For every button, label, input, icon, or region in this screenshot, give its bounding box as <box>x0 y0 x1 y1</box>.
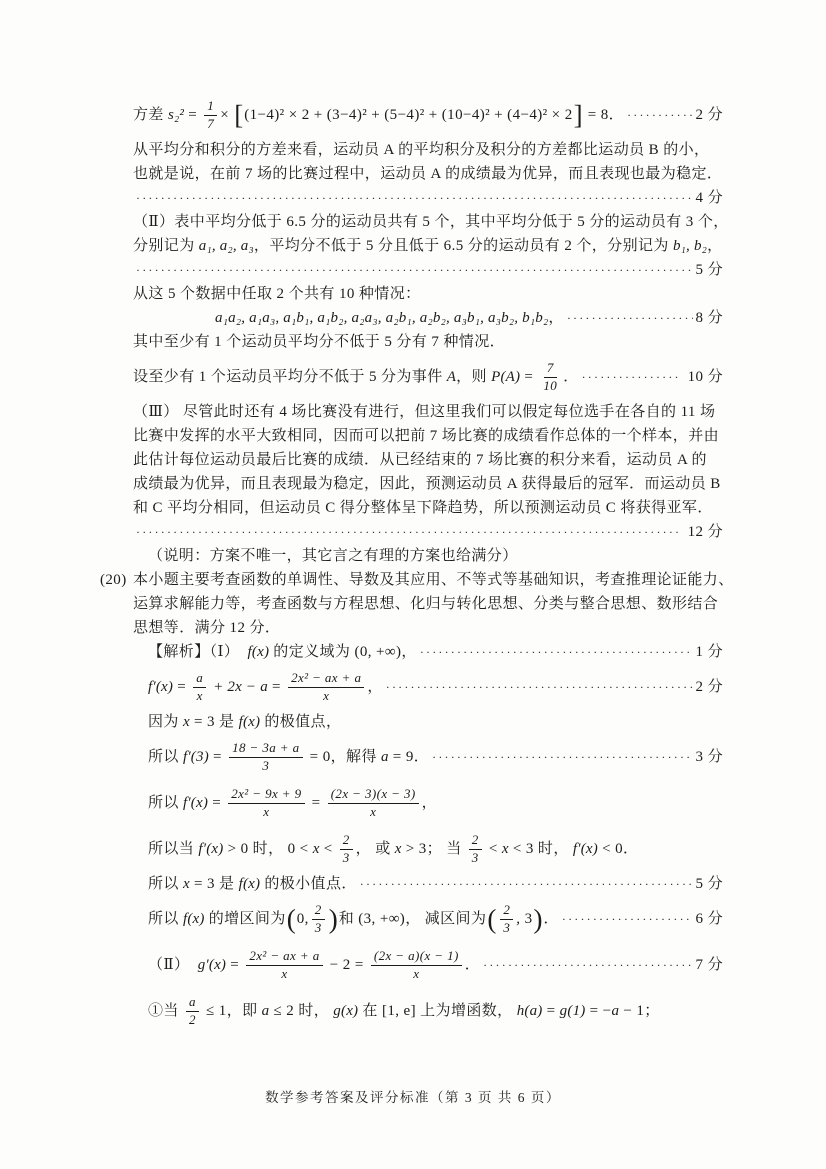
text-run: ． <box>465 956 480 974</box>
fraction-denominator: 3 <box>500 920 513 936</box>
math-expression: f′(3) <box>183 748 209 766</box>
fraction-denominator: 3 <box>340 850 353 866</box>
math-expression: f′(x) <box>573 840 598 858</box>
dotted-leader: ········································… <box>136 191 693 205</box>
text-run: = 9． <box>389 748 429 766</box>
text-run: ， <box>367 678 382 696</box>
line-q20-intro-1: (20)本小题主要考查函数的单调性、导数及其应用、不等式等基础知识，考查推理论证… <box>133 568 723 592</box>
text-run: 从这 5 个数据中任取 2 个共有 10 种情况： <box>133 285 421 303</box>
text-run: 2 分 <box>696 106 723 124</box>
text-run: 所以 <box>148 910 183 928</box>
text-run: = <box>268 678 285 696</box>
line-q20-case1: ①当 a2 ≤ 1，即 a ≤ 2 时， g(x) 在 [1, e] 上为增函数… <box>133 988 723 1034</box>
fraction: 23 <box>500 902 513 936</box>
math-expression: x <box>395 840 402 858</box>
fraction: a2 <box>186 994 199 1028</box>
text-run: 从平均分和积分的方差来看，运动员 A 的平均积分及积分的方差都比运动员 B 的小… <box>133 141 709 159</box>
text-run: 在 [1, e] 上为增函数， <box>358 1002 516 1020</box>
text-run: 1 分 <box>696 643 723 661</box>
text-run: ， <box>548 309 563 327</box>
text-run: = 0，解得 <box>306 748 381 766</box>
fraction: 23 <box>469 832 482 866</box>
line-q20-intro-2: 运算求解能力等，考查函数与方程思想、化归与转化思想、分类与整合思想、数形结合 <box>133 592 723 616</box>
dotted-leader: ········································… <box>386 680 693 694</box>
dotted-leader: ········································… <box>136 525 680 539</box>
line-q20-intervals: 所以 f(x) 的增区间为(0,23)和 (3, +∞)， 减区间为(23, 3… <box>133 896 723 942</box>
text-run: 设至少有 1 个运动员平均分不低于 5 分为事件 <box>133 368 447 386</box>
text-run: × <box>220 106 233 124</box>
page-footer: 数学参考答案及评分标准（第 3 页 共 6 页） <box>0 1086 826 1106</box>
line-part3-3: 此估计每位运动员最后比赛的成绩．从已经结束的 7 场比赛的积分来看，运动员 A … <box>133 448 723 472</box>
text-run: ①当 <box>148 1002 183 1020</box>
line-note: （说明：方案不唯一，其它言之有理的方案也给满分） <box>133 544 723 568</box>
text-run: 2 分 <box>696 678 723 696</box>
text-run: 6 分 <box>696 910 723 928</box>
text-run: 成绩最为优异，而且表现最为稳定，因此，预测运动员 A 获得最后的冠军．而运动员 … <box>133 475 721 493</box>
text-run: = <box>208 794 225 812</box>
text-run: ≤ 1，即 <box>202 1002 262 1020</box>
dotted-leader: ········································… <box>562 912 693 926</box>
text-run: < <box>320 840 337 858</box>
line-variance-formula: 方差 s₂² = 17× [(1−4)² × 2 + (3−4)² + (5−4… <box>133 92 723 138</box>
math-expression: g(1) <box>560 1002 586 1020</box>
text-run: 方差 <box>133 106 168 124</box>
text-run: 运算求解能力等，考查函数与方程思想、化归与转化思想、分类与整合思想、数形结合 <box>133 595 718 613</box>
dotted-leader: ········································… <box>136 263 693 277</box>
text-run: （Ⅱ）表中平均分低于 6.5 分的运动员共有 5 个，其中平均分低于 5 分的运… <box>133 213 729 231</box>
text-run: − 1； <box>619 1002 659 1020</box>
math-expression: a₁a₂, a₁a₃, a₁b₁, a₁b₂, a₂a₃, a₂b₁, a₂b₂… <box>215 309 548 327</box>
fraction-denominator: 10 <box>540 378 560 394</box>
text-run: ， <box>707 237 722 255</box>
text-run: ≤ 2 时， <box>269 1002 333 1020</box>
dotted-leader: ········································… <box>360 877 693 891</box>
math-expression: h(a) <box>517 1002 543 1020</box>
text-run: = − <box>585 1002 611 1020</box>
fraction-numerator: 2x² − 9x + 9 <box>228 786 304 803</box>
text-run: （说明：方案不唯一，其它言之有理的方案也给满分） <box>148 547 518 565</box>
line-part3-2: 比赛中发挥的水平大致相同，因而可以把前 7 场比赛的成绩看作总体的一个样本，并由 <box>133 424 723 448</box>
text-run: 4 分 <box>696 189 723 207</box>
line-q20-derivative: f′(x) = ax + 2x − a = 2x² − ax + ax，····… <box>133 664 723 710</box>
text-run: ． <box>563 368 578 386</box>
fraction-numerator: (2x − a)(x − 1) <box>371 948 462 965</box>
item-number: (20) <box>100 571 133 589</box>
dotted-leader: ········································… <box>483 958 692 972</box>
text-run: 12 分 <box>683 523 723 541</box>
line-analysis-2: 也就是说，在前 7 场的比赛过程中，运动员 A 的成绩最为优异，而且表现也最为稳… <box>133 162 723 186</box>
text-run: < 0． <box>598 840 638 858</box>
math-expression: g′(x) <box>198 956 226 974</box>
math-expression: a <box>612 1002 620 1020</box>
fraction-denominator: x <box>278 966 290 982</box>
fraction-numerator: a <box>186 994 199 1011</box>
line-q20-min-point: 所以 x = 3 是 f(x) 的极小值点．··················… <box>133 872 723 896</box>
text-run: (1−4)² × 2 + (3−4)² + (5−4)² + (10−4)² +… <box>244 106 572 124</box>
text-run: 和 C 平均分相同，但运动员 C 得分整体呈下降趋势，所以预测运动员 C 将获得… <box>133 499 713 517</box>
line-q20-sign: 所以当 f′(x) > 0 时， 0 < x < 23， 或 x > 3； 当 … <box>133 826 723 872</box>
fraction-denominator: x <box>410 966 422 982</box>
text-run: = <box>184 106 201 124</box>
text-run: > 0 时， 0 < <box>223 840 312 858</box>
math-expression: P(A) <box>491 368 520 386</box>
big-paren-glyph: ( <box>487 908 496 931</box>
math-expression: b₁, b₂ <box>673 237 707 255</box>
fraction: 2x² − ax + ax <box>288 670 364 704</box>
fraction-denominator: 3 <box>259 758 272 774</box>
math-expression: f′(x) <box>183 794 208 812</box>
fraction-numerator: 2x² − ax + a <box>288 670 364 687</box>
big-paren-glyph: [ <box>234 104 243 127</box>
fraction: 23 <box>312 902 325 936</box>
line-score-5: ········································… <box>133 258 723 282</box>
fraction: 710 <box>540 360 560 394</box>
footer-text: 数学参考答案及评分标准（第 3 页 共 6 页） <box>265 1090 561 1105</box>
math-expression: f′(x) <box>198 840 223 858</box>
fraction-denominator: 3 <box>312 920 325 936</box>
fraction-numerator: 2 <box>340 832 353 849</box>
text-run: 和 (3, +∞)， 减区间为 <box>339 910 487 928</box>
line-q20-solve-a: 所以 f′(3) = 18 − 3a + a3 = 0，解得 a = 9．···… <box>133 734 723 780</box>
text-run: 的定义域为 (0, +∞)， <box>269 643 417 661</box>
line-part2-cases: 从这 5 个数据中任取 2 个共有 10 种情况： <box>133 282 723 306</box>
big-paren-glyph: ) <box>329 908 338 931</box>
text-run: = <box>209 748 226 766</box>
text-run: = 8． <box>584 106 624 124</box>
dotted-leader: ········································… <box>567 311 693 325</box>
math-expression: f(x) <box>248 643 270 661</box>
fraction: 17 <box>204 98 217 132</box>
text-run: 的极值点， <box>260 713 341 731</box>
line-part3-1: （Ⅲ） 尽管此时还有 4 场比赛没有进行，但这里我们可以假定每位选手在各自的 1… <box>133 400 723 424</box>
line-q20-domain: 【解析】（Ⅰ） f(x) 的定义域为 (0, +∞)，·············… <box>133 640 723 664</box>
line-probability: 设至少有 1 个运动员平均分不低于 5 分为事件 A，则 P(A) = 710．… <box>133 354 723 400</box>
text-run: 10 分 <box>683 368 723 386</box>
text-run: > 3； 当 <box>402 840 466 858</box>
text-run: − 2 = <box>326 956 368 974</box>
line-part2-count: 其中至少有 1 个运动员平均分不低于 5 分有 7 种情况． <box>133 330 723 354</box>
line-part2-intro-2: 分别记为 a₁, a₂, a₃，平均分不低于 5 分且低于 6.5 分的运动员有… <box>133 234 723 258</box>
fraction-denominator: 3 <box>469 850 482 866</box>
math-expression: f′(x) <box>148 678 173 696</box>
text-run: 5 分 <box>696 875 723 893</box>
fraction-denominator: x <box>320 688 332 704</box>
fraction-denominator: x <box>260 804 272 820</box>
line-part3-4: 成绩最为优异，而且表现最为稳定，因此，预测运动员 A 获得最后的冠军．而运动员 … <box>133 472 723 496</box>
line-score-12: ········································… <box>133 520 723 544</box>
text-run: , 3 <box>516 910 532 928</box>
math-expression: x <box>183 713 190 731</box>
dotted-leader: ········································… <box>627 108 692 122</box>
fraction: 23 <box>340 832 353 866</box>
text-run: ． <box>543 910 558 928</box>
text-run: 所以 <box>148 875 183 893</box>
text-run: 3 分 <box>696 748 723 766</box>
fraction-numerator: 2 <box>312 902 325 919</box>
document-body: 方差 s₂² = 17× [(1−4)² × 2 + (3−4)² + (5−4… <box>133 92 723 1034</box>
fraction: 18 − 3a + a3 <box>229 740 302 774</box>
text-run: = 3 是 <box>190 713 239 731</box>
line-q20-intro-3: 思想等．满分 12 分． <box>133 616 723 640</box>
text-run: 的增区间为 <box>205 910 286 928</box>
math-expression: f(x) <box>239 875 261 893</box>
text-run: = <box>226 956 243 974</box>
math-expression: x <box>313 840 320 858</box>
text-run: 0, <box>297 910 309 928</box>
math-expression: g(x) <box>333 1002 358 1020</box>
math-expression: a <box>381 748 389 766</box>
fraction-numerator: a <box>193 670 206 687</box>
line-q20-extreme-point: 因为 x = 3 是 f(x) 的极值点， <box>133 710 723 734</box>
fraction-numerator: 2 <box>469 832 482 849</box>
text-run: < <box>485 840 502 858</box>
text-run: ， <box>422 794 437 812</box>
exam-answer-page: 方差 s₂² = 17× [(1−4)² × 2 + (3−4)² + (5−4… <box>0 0 826 1169</box>
text-run: （Ⅱ） <box>148 956 198 974</box>
text-run: 7 分 <box>696 956 723 974</box>
fraction-numerator: 2 <box>500 902 513 919</box>
text-run: = <box>173 678 190 696</box>
math-expression: s₂² <box>168 106 184 124</box>
math-expression: a₁, a₂, a₃ <box>199 237 254 255</box>
text-run: ， 或 <box>356 840 395 858</box>
math-expression: f(x) <box>183 910 205 928</box>
fraction-numerator: 7 <box>544 360 557 377</box>
text-run: 所以 <box>148 748 183 766</box>
text-run: = <box>543 1002 560 1020</box>
fraction: (2x − a)(x − 1)x <box>371 948 462 982</box>
line-combinations: a₁a₂, a₁a₃, a₁b₁, a₁b₂, a₂a₃, a₂b₁, a₂b₂… <box>133 306 723 330</box>
fraction-numerator: 2x² − ax + a <box>246 948 322 965</box>
fraction-numerator: (2x − 3)(x − 3) <box>328 786 419 803</box>
big-paren-glyph: ) <box>533 908 542 931</box>
text-run: < 3 时， <box>509 840 573 858</box>
text-run: 本小题主要考查函数的单调性、导数及其应用、不等式等基础知识，考查推理论证能力、 <box>133 571 734 589</box>
text-run: 【解析】（Ⅰ） <box>148 643 248 661</box>
text-run: 比赛中发挥的水平大致相同，因而可以把前 7 场比赛的成绩看作总体的一个样本，并由 <box>133 427 719 445</box>
text-run: 8 分 <box>696 309 723 327</box>
text-run: ，平均分不低于 5 分且低于 6.5 分的运动员有 2 个，分别记为 <box>254 237 673 255</box>
text-run: 所以 <box>148 794 183 812</box>
text-run: ，则 <box>456 368 491 386</box>
text-run: 的极小值点． <box>260 875 357 893</box>
fraction: (2x − 3)(x − 3)x <box>328 786 419 820</box>
text-run: = <box>308 794 325 812</box>
text-run: = 3 是 <box>190 875 239 893</box>
text-run: 分别记为 <box>133 237 199 255</box>
math-expression: A <box>447 368 456 386</box>
text-run: 其中至少有 1 个运动员平均分不低于 5 分有 7 种情况． <box>133 333 505 351</box>
line-score-4: ········································… <box>133 186 723 210</box>
math-expression: + 2x − a <box>209 678 268 696</box>
text-run: 也就是说，在前 7 场的比赛过程中，运动员 A 的成绩最为优异，而且表现也最为稳… <box>133 165 722 183</box>
fraction: 2x² − 9x + 9x <box>228 786 304 820</box>
fraction-denominator: x <box>367 804 379 820</box>
math-expression: x <box>502 840 509 858</box>
line-q20-factored: 所以 f′(x) = 2x² − 9x + 9x = (2x − 3)(x − … <box>133 780 723 826</box>
fraction: 2x² − ax + ax <box>246 948 322 982</box>
text-run: （Ⅲ） 尽管此时还有 4 场比赛没有进行，但这里我们可以假定每位选手在各自的 1… <box>133 403 715 421</box>
text-run: = <box>520 368 537 386</box>
math-expression: x <box>183 875 190 893</box>
text-run: 思想等．满分 12 分． <box>133 619 280 637</box>
line-part2-intro-1: （Ⅱ）表中平均分低于 6.5 分的运动员共有 5 个，其中平均分低于 5 分的运… <box>133 210 723 234</box>
text-run: 因为 <box>148 713 183 731</box>
fraction-denominator: 2 <box>186 1012 199 1028</box>
dotted-leader: ········································… <box>420 645 693 659</box>
fraction-denominator: x <box>194 688 206 704</box>
text-run: 所以当 <box>148 840 198 858</box>
line-q20-part2-derivative: （Ⅱ） g′(x) = 2x² − ax + ax − 2 = (2x − a)… <box>133 942 723 988</box>
dotted-leader: ········································… <box>582 370 681 384</box>
line-analysis-1: 从平均分和积分的方差来看，运动员 A 的平均积分及积分的方差都比运动员 B 的小… <box>133 138 723 162</box>
text-run: 此估计每位运动员最后比赛的成绩．从已经结束的 7 场比赛的积分来看，运动员 A … <box>133 451 707 469</box>
fraction-numerator: 1 <box>204 98 217 115</box>
fraction: ax <box>193 670 206 704</box>
fraction-denominator: 7 <box>204 116 217 132</box>
math-expression: a <box>262 1002 270 1020</box>
math-expression: f(x) <box>239 713 261 731</box>
line-part3-5: 和 C 平均分相同，但运动员 C 得分整体呈下降趋势，所以预测运动员 C 将获得… <box>133 496 723 520</box>
fraction-numerator: 18 − 3a + a <box>229 740 302 757</box>
text-run: 5 分 <box>696 261 723 279</box>
big-paren-glyph: ( <box>287 908 296 931</box>
big-paren-glyph: ] <box>574 104 583 127</box>
dotted-leader: ········································… <box>432 750 692 764</box>
